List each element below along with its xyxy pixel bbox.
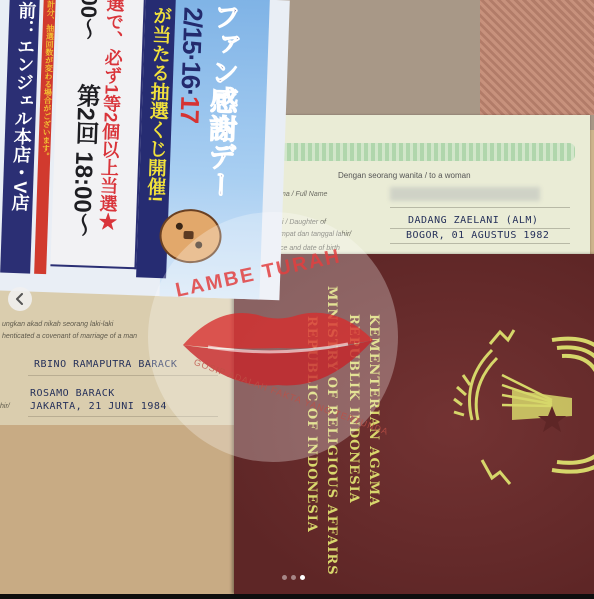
certificate-heading: Dengan seorang wanita / to a woman bbox=[338, 171, 471, 180]
cert-line bbox=[390, 228, 570, 229]
groom-name: RBINO RAMAPUTRA BARACK bbox=[34, 359, 177, 370]
marriage-certificate: Dengan seorang wanita / to a woman ma / … bbox=[280, 115, 590, 260]
mascot-nose bbox=[183, 231, 193, 239]
doc-line bbox=[28, 416, 218, 417]
lips-logo-icon bbox=[178, 300, 378, 390]
birth-value: BOGOR, 01 AGUSTUS 1982 bbox=[406, 230, 549, 241]
flyer-date-start: 2/15 bbox=[177, 7, 209, 55]
mascot-eye bbox=[176, 223, 183, 230]
redacted-name bbox=[390, 187, 540, 201]
bottom-edge bbox=[0, 594, 594, 599]
flyer-time-line-1: 00〜 bbox=[72, 0, 105, 40]
flyer-date-end: 17 bbox=[174, 95, 205, 123]
label-full-name: ma / Full Name bbox=[280, 191, 327, 198]
background-table bbox=[0, 420, 240, 594]
flyer-date: 2/15·16·17 bbox=[173, 7, 208, 124]
carousel-dot-3-active[interactable] bbox=[300, 575, 305, 580]
father-name-value: DADANG ZAELANI (ALM) bbox=[408, 215, 538, 226]
mascot-eye bbox=[195, 241, 202, 248]
label-daughter-of: ti / Daughter of bbox=[280, 219, 326, 226]
background-pattern bbox=[480, 0, 594, 115]
flyer-time-line-2: 第2回 18:00〜 bbox=[63, 83, 103, 238]
japanese-flyer: ファン感謝デー 2/15·16·17 が当たる抽選くじ開催! 選で、必ず1等2個… bbox=[0, 0, 290, 300]
doc-label-1: ungkan akad nikah seorang laki-laki bbox=[2, 321, 113, 328]
chevron-left-icon bbox=[14, 293, 26, 305]
father-name: ROSAMO BARACK bbox=[30, 388, 115, 399]
certificate-guilloche-border bbox=[280, 143, 575, 161]
carousel-dot-1[interactable] bbox=[282, 575, 287, 580]
doc-label-3: hir/ bbox=[0, 403, 10, 410]
label-birth-place: mpat dan tanggal lahir/ bbox=[280, 231, 351, 238]
garuda-emblem-icon bbox=[442, 320, 594, 490]
carousel-dot-2[interactable] bbox=[291, 575, 296, 580]
groom-birth: JAKARTA, 21 JUNI 1984 bbox=[30, 401, 167, 412]
doc-label-2: henticated a covenant of marriage of a m… bbox=[2, 333, 137, 340]
flyer-date-mid: 16 bbox=[176, 61, 207, 89]
cert-line bbox=[390, 243, 570, 244]
carousel-previous-button[interactable] bbox=[8, 287, 32, 311]
post-photo: ungkan akad nikah seorang laki-laki hent… bbox=[0, 0, 594, 594]
carousel-pagination bbox=[282, 575, 305, 580]
cert-line bbox=[390, 207, 570, 208]
post-media-viewer: ungkan akad nikah seorang laki-laki hent… bbox=[0, 0, 594, 599]
